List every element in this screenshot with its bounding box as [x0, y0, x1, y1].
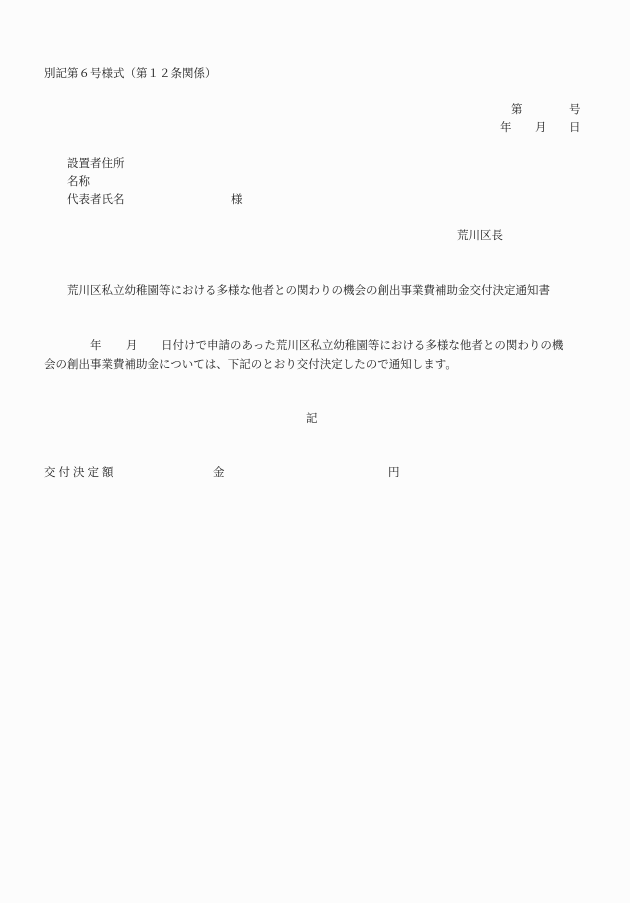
recipient-name-label: 名称	[67, 174, 90, 188]
body-line2: 会の創出事業費補助金については、下記のとおり交付決定したので通知します。	[44, 357, 457, 371]
body-line1: 日付けで申請のあった荒川区私立幼稚園等における多様な他者との関わりの機	[161, 338, 563, 352]
body-month: 月	[126, 338, 138, 352]
form-label: 別記第６号様式（第１２条関係）	[44, 66, 217, 80]
document-number-go: 号	[569, 102, 581, 116]
ki-heading: 記	[306, 411, 318, 425]
recipient-address-label: 設置者住所	[67, 156, 125, 170]
body-year: 年	[90, 338, 102, 352]
date-month: 月	[535, 120, 547, 134]
date-year: 年	[500, 120, 512, 134]
recipient-representative-label: 代表者氏名	[67, 192, 125, 206]
document-title: 荒川区私立幼稚園等における多様な他者との関わりの機会の創出事業費補助金交付決定通…	[67, 283, 550, 297]
amount-label: 交付決定額	[44, 465, 117, 479]
date-day: 日	[569, 120, 581, 134]
issuer: 荒川区長	[457, 228, 503, 242]
recipient-honorific: 様	[231, 192, 243, 206]
amount-kin: 金	[213, 465, 225, 479]
document-number-dai: 第	[511, 102, 523, 116]
amount-yen: 円	[388, 465, 400, 479]
